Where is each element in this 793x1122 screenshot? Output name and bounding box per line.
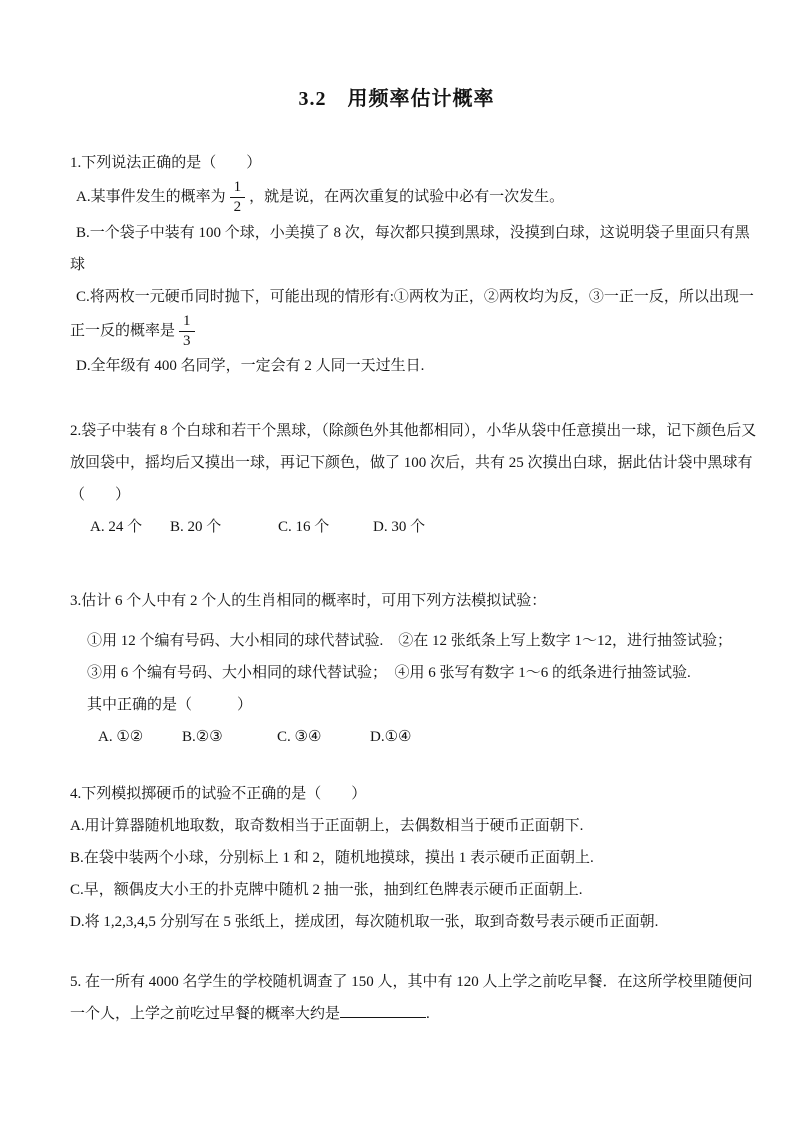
q3-method-line1: ①用 12 个编有号码、大小相同的球代替试验. ②在 12 张纸条上写上数字 1… (70, 625, 753, 657)
q3-option-c: C. ③④ (277, 721, 370, 753)
q5-stem-line1: 5. 在一所有 4000 名学生的学校随机调查了 150 人，其中有 120 人… (70, 966, 753, 998)
q5-stem-line2: 一个人，上学之前吃过早餐的概率大约是. (70, 998, 753, 1030)
q1-option-a-text-post: ，就是说，在两次重复的试验中必有一次发生。 (249, 189, 564, 205)
fraction-denominator: 2 (230, 198, 246, 216)
q4-option-a: A.用计算器随机地取数，取奇数相当于正面朝上，去偶数相当于硬币正面朝下. (70, 810, 753, 842)
fraction-one-half: 12 (230, 179, 246, 217)
question-5: 5. 在一所有 4000 名学生的学校随机调查了 150 人，其中有 120 人… (70, 966, 753, 1030)
q2-option-a: A. 24 个 (90, 511, 170, 543)
q1-option-d: D.全年级有 400 名同学，一定会有 2 人同一天过生日. (70, 350, 753, 382)
question-1: 1.下列说法正确的是（ ） A.某事件发生的概率为12，就是说，在两次重复的试验… (70, 147, 753, 382)
fraction-numerator: 1 (179, 313, 195, 332)
q3-option-a: A. ①② (98, 721, 182, 753)
q4-option-c: C.早，额偶皮大小王的扑克牌中随机 2 抽一张，抽到红色牌表示硬币正面朝上. (70, 874, 753, 906)
q2-stem-line3: （ ） (70, 479, 753, 511)
q4-stem: 4.下列模拟掷硬币的试验不正确的是（ ） (70, 778, 753, 810)
q1-option-b-line1: B.一个袋子中装有 100 个球，小美摸了 8 次，每次都只摸到黑球，没摸到白球… (70, 217, 753, 249)
q5-text-post: . (426, 1006, 430, 1022)
q2-stem-line2: 放回袋中，摇均后又摸出一球，再记下颜色，做了 100 次后，共有 25 次摸出白… (70, 447, 753, 479)
q1-option-a: A.某事件发生的概率为12，就是说，在两次重复的试验中必有一次发生。 (70, 179, 753, 217)
q1-option-a-text-pre: A.某事件发生的概率为 (76, 189, 226, 205)
question-3: 3.估计 6 个人中有 2 个人的生肖相同的概率时，可用下列方法模拟试验： ①用… (70, 585, 753, 753)
q1-option-c-line1: C.将两枚一元硬币同时抛下，可能出现的情形有:①两枚为正，②两枚均为反，③一正一… (70, 281, 753, 313)
q2-option-c: C. 16 个 (278, 511, 373, 543)
q1-option-c-text-pre: 正一反的概率是 (70, 323, 175, 339)
question-2: 2.袋子中装有 8 个白球和若干个黑球，（除颜色外其他都相同），小华从袋中任意摸… (70, 415, 753, 543)
q3-options-row: A. ①② B.②③ C. ③④ D.①④ (70, 721, 753, 753)
q3-method-line2: ③用 6 个编有号码、大小相同的球代替试验； ④用 6 张写有数字 1～6 的纸… (70, 657, 753, 689)
answer-blank-line (340, 1003, 426, 1018)
fraction-one-third: 13 (179, 313, 195, 351)
q1-stem: 1.下列说法正确的是（ ） (70, 147, 753, 179)
q2-option-b: B. 20 个 (170, 511, 278, 543)
q2-stem-line1: 2.袋子中装有 8 个白球和若干个黑球，（除颜色外其他都相同），小华从袋中任意摸… (70, 415, 753, 447)
q2-options-row: A. 24 个 B. 20 个 C. 16 个 D. 30 个 (70, 511, 753, 543)
q3-option-d: D.①④ (370, 721, 411, 753)
fraction-denominator: 3 (179, 332, 195, 350)
q4-option-d: D.将 1,2,3,4,5 分别写在 5 张纸上，搓成团，每次随机取一张，取到奇… (70, 906, 753, 938)
page-title: 3.2 用频率估计概率 (0, 82, 793, 111)
q3-option-b: B.②③ (182, 721, 277, 753)
q3-stem: 3.估计 6 个人中有 2 个人的生肖相同的概率时，可用下列方法模拟试验： (70, 585, 753, 617)
q3-prompt: 其中正确的是（ ） (70, 689, 753, 721)
q4-option-b: B.在袋中装两个小球，分别标上 1 和 2，随机地摸球，摸出 1 表示硬币正面朝… (70, 842, 753, 874)
q5-text-pre: 一个人，上学之前吃过早餐的概率大约是 (70, 1006, 340, 1022)
q2-option-d: D. 30 个 (373, 511, 425, 543)
worksheet-page: 3.2 用频率估计概率 1.下列说法正确的是（ ） A.某事件发生的概率为12，… (0, 0, 793, 1122)
fraction-numerator: 1 (230, 179, 246, 198)
q1-option-c-line2: 正一反的概率是13 (70, 313, 753, 351)
q1-option-b-line2: 球 (70, 249, 753, 281)
question-4: 4.下列模拟掷硬币的试验不正确的是（ ） A.用计算器随机地取数，取奇数相当于正… (70, 778, 753, 938)
